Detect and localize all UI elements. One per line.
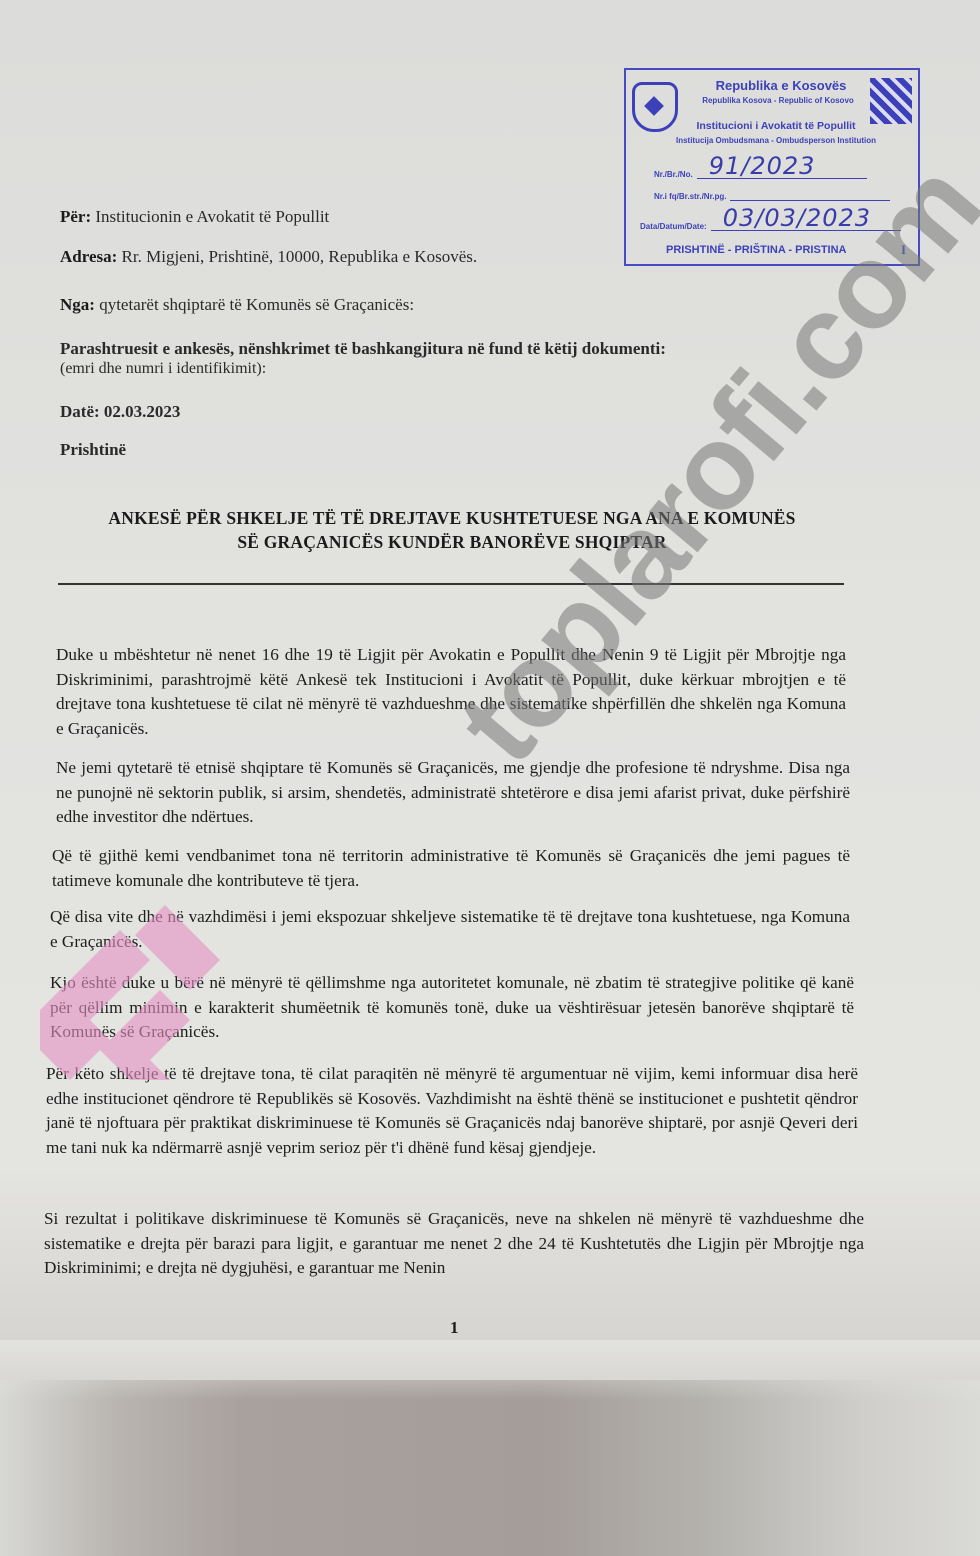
address-line: Adresa: Rr. Migjeni, Prishtinë, 10000, R… [60, 247, 477, 267]
body-paragraph: Që të gjithë kemi vendbanimet tona në te… [52, 844, 850, 893]
stamp-number-row: Nr./Br./No. 91/2023 [654, 158, 867, 179]
ombudsperson-received-stamp: Republika e Kosovës Republika Kosova - R… [624, 68, 920, 266]
address-label: Adresa: [60, 247, 117, 266]
stamp-page-row: Nr.i fq/Br.str./Nr.pg. [654, 192, 890, 201]
body-paragraph: Si rezultat i politikave diskriminuese t… [44, 1207, 864, 1281]
document-place: Prishtinë [60, 440, 126, 460]
complainants-heading: Parashtruesit e ankesës, nënshkrimet të … [60, 339, 666, 359]
stamp-date-row: Data/Datum/Date: 03/03/2023 [640, 210, 901, 231]
sender-line: Nga: qytetarët shqiptarë të Komunës së G… [60, 295, 414, 315]
body-paragraph: Për këto shkelje të të drejtave tona, të… [46, 1062, 858, 1160]
body-paragraph: Ne jemi qytetarë të etnisë shqiptare të … [56, 756, 850, 830]
stamp-date-label: Data/Datum/Date: [640, 222, 707, 231]
page-bottom-fade [0, 1340, 980, 1400]
body-paragraph: Kjo është duke u bërë në mënyrë të qëlli… [50, 971, 854, 1045]
stamp-institution-translations: Institucija Ombudsmana - Ombudsperson In… [636, 136, 916, 145]
title-line-2: SË GRAÇANICËS KUNDËR BANORËVE SHQIPTAR [52, 530, 852, 554]
sender-label: Nga: [60, 295, 95, 314]
page-bottom-shadow [0, 1380, 980, 1556]
document-date: Datë: 02.03.2023 [60, 402, 180, 422]
body-paragraph: Që disa vite dhe në vazhdimësi i jemi ek… [50, 905, 850, 954]
complainants-note: (emri dhe numri i identifikimit): [60, 360, 266, 378]
body-paragraph: Duke u mbështetur në nenet 16 dhe 19 të … [56, 643, 846, 741]
stamp-number-label: Nr./Br./No. [654, 170, 693, 179]
document-title: ANKESË PËR SHKELJE TË TË DREJTAVE KUSHTE… [52, 506, 852, 554]
stamp-number-value: 91/2023 [709, 152, 816, 180]
sender-value: qytetarët shqiptarë të Komunës së Graçan… [99, 295, 414, 314]
title-line-1: ANKESË PËR SHKELJE TË TË DREJTAVE KUSHTE… [52, 506, 852, 530]
document-page: Republika e Kosovës Republika Kosova - R… [0, 0, 980, 1556]
recipient-value: Institucionin e Avokatit të Popullit [95, 207, 329, 226]
title-divider [58, 583, 844, 585]
recipient-label: Për: [60, 207, 91, 226]
stamp-republic: Republika e Kosovës [686, 78, 876, 93]
page-number: 1 [450, 1318, 459, 1338]
recipient-line: Për: Institucionin e Avokatit të Populli… [60, 207, 329, 227]
stamp-page-label: Nr.i fq/Br.str./Nr.pg. [654, 192, 726, 201]
stamp-institution: Institucioni i Avokatit të Popullit [666, 120, 886, 132]
stamp-roman-numeral: I [901, 242, 906, 258]
address-value: Rr. Migjeni, Prishtinë, 10000, Republika… [122, 247, 478, 266]
stamp-republic-translations: Republika Kosova - Republic of Kosovo [678, 96, 878, 105]
stamp-city: PRISHTINË - PRIŠTINA - PRISTINA [666, 244, 847, 256]
stamp-date-value: 03/03/2023 [723, 204, 871, 232]
